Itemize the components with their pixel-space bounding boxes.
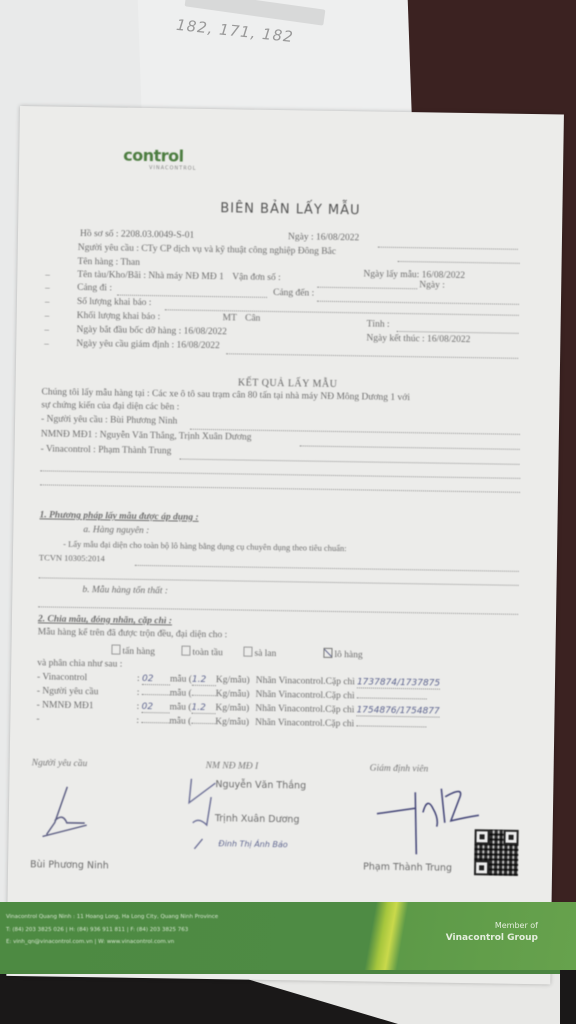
declared-weight-field: Khối lượng khai báo : MT Cân [77, 311, 261, 324]
samples-word: mẫu ( [170, 674, 192, 684]
checkbox-lot-checked[interactable] [323, 648, 332, 658]
party-requester: - Người yêu cầu : Bùi Phương Ninh [41, 414, 177, 426]
qr-code-icon[interactable] [474, 829, 519, 876]
kg-per-sample [192, 695, 216, 696]
method-heading: 1. Phương pháp lấy mẫu được áp dụng : [39, 510, 198, 522]
seal-numbers: 1737874/1737875 [357, 677, 440, 689]
footer-contact-info: Vinacontrol Quang Ninh : 11 Hoang Long, … [6, 911, 218, 949]
option-barge[interactable]: sà lan [243, 647, 276, 660]
seal-label: Nhãn Vinacontrol.Cặp chì [255, 704, 354, 716]
division-row: - : mẫu (Kg/mẫu)Nhãn Vinacontrol.Cặp chì [36, 714, 426, 730]
method-standard: TCVN 10305:2014 [39, 552, 105, 563]
division-party: - Vinacontrol [37, 672, 137, 684]
sampling-report-sheet: control VINACONTROL BIÊN BẢN LẤY MẪU Hồ … [6, 106, 564, 984]
plant-rep-name-2: Trịnh Xuân Dương [215, 813, 300, 825]
record-number-field: Hồ sơ số : 2208.03.0049-S-01 [80, 229, 194, 241]
kg-word: Kg/mẫu) [215, 717, 249, 728]
plant-handwritten-name: Đinh Thị Ánh Bảo [218, 839, 287, 849]
seal-numbers [356, 725, 426, 727]
kg-word: Kg/mẫu) [215, 703, 249, 714]
date2-field: Ngày : [419, 280, 445, 290]
division-row: - Người yêu cầu: mẫu (Kg/mẫu)Nhãn Vinaco… [37, 686, 427, 702]
inspector-signature-icon [374, 784, 485, 866]
seal-label: Nhãn Vinacontrol.Cặp chì [255, 690, 354, 702]
group-name: Vinacontrol Group [446, 933, 538, 943]
division-party: - NMNĐ MĐ1 [37, 700, 137, 712]
kg-per-sample [191, 723, 215, 724]
requester-signature-label: Người yêu cầu [32, 758, 88, 769]
samples-word: mẫu ( [169, 716, 191, 726]
seal-label: Nhãn Vinacontrol.Cặp chì [256, 676, 355, 688]
method-sub-b: b. Mẫu hàng tổn thất : [82, 585, 168, 596]
division-party: - Người yêu cầu [37, 686, 137, 698]
sample-count: 02 [141, 702, 169, 713]
method-text: - Lấy mẫu đại diện cho toàn bộ lô hàng b… [63, 539, 347, 553]
sample-count [141, 722, 169, 723]
date-field: Ngày : 16/08/2022 [288, 232, 359, 243]
requester-name: Bùi Phương Ninh [30, 859, 109, 871]
checkbox-barge[interactable] [243, 647, 252, 657]
division-heading: 2. Chia mẫu, đóng nhãn, cặp chì : [38, 614, 172, 626]
sample-count [142, 694, 170, 695]
document-title: BIÊN BẢN LẤY MẪU [18, 198, 562, 222]
samples-word: mẫu ( [170, 688, 192, 698]
checkbox-tons[interactable] [111, 645, 120, 655]
option-lot[interactable]: lô hàng [323, 648, 362, 661]
seal-numbers: 1754876/1754877 [356, 705, 439, 717]
checkbox-whole-ship[interactable] [181, 646, 190, 656]
kg-word: Kg/mẫu) [216, 689, 250, 700]
vinacontrol-logo: control [123, 146, 184, 166]
footer-email: E: vinh_qn@vinacontrol.com.vn | W: www.v… [6, 936, 218, 949]
option-tons[interactable]: tấn hàng [111, 645, 155, 658]
samples-word: mẫu ( [170, 702, 192, 712]
arrival-port-field: Cảng đến : [273, 288, 314, 299]
plant-rep-name-1: Nguyễn Văn Thắng [215, 779, 306, 791]
split-intro: và phân chia như sau : [37, 658, 122, 669]
footer-member-block: Member of Vinacontrol Group [446, 921, 538, 943]
kg-per-sample: 1.2 [191, 703, 215, 714]
option-whole-ship[interactable]: toàn tầu [181, 646, 223, 659]
member-of-label: Member of [446, 921, 538, 930]
inspector-name: Phạm Thành Trung [363, 861, 452, 873]
province-field: Tỉnh : [367, 319, 390, 329]
declared-quantity-field: Số lượng khai báo : [77, 297, 152, 308]
division-intro: Mẫu hàng kể trên đã được trộn đều, đại d… [38, 627, 228, 640]
goods-field: Tên hàng : Than [77, 257, 140, 268]
departure-port-field: Cảng đi : [77, 283, 112, 294]
party-plant: NMNĐ MĐ1 : Nguyễn Văn Thắng, Trịnh Xuân … [41, 429, 252, 442]
method-sub-a: a. Hàng nguyên : [83, 525, 149, 536]
vessel-field: Tên tàu/Kho/Bãi : Nhà máy NĐ MĐ 1 Vận đơ… [77, 270, 281, 283]
party-vinacontrol: - Vinacontrol : Phạm Thành Trung [41, 444, 172, 456]
footer-address: Vinacontrol Quang Ninh : 11 Hoang Long, … [6, 911, 218, 924]
end-date-field: Ngày kết thúc : 16/08/2022 [366, 333, 470, 345]
kg-word: Kg/mẫu) [216, 675, 250, 686]
seal-label: Nhãn Vinacontrol.Cặp chì [255, 718, 354, 730]
request-date-field: Ngày yêu cầu giám định : 16/08/2022 [76, 339, 220, 351]
requester-field: Người yêu cầu : CTy CP dịch vụ và kỹ thu… [78, 243, 336, 257]
logo-subtext: VINACONTROL [149, 165, 196, 172]
footer-phone: T: (84) 203 3825 026 | H: (84) 936 911 8… [6, 924, 218, 937]
inspector-signature-label: Giám định viên [370, 764, 429, 775]
sampling-date-field: Ngày lấy mẫu: 16/08/2022 [363, 269, 465, 281]
kg-per-sample: 1.2 [192, 675, 216, 686]
results-intro-2: sự chứng kiến của đại diện các bên : [41, 400, 179, 412]
sample-count: 02 [142, 674, 170, 685]
requester-signature-icon [36, 782, 97, 843]
start-date-field: Ngày bắt đầu bốc dỡ hàng : 16/08/2022 [76, 325, 227, 337]
seal-numbers [357, 697, 427, 699]
division-party: - [36, 714, 136, 726]
